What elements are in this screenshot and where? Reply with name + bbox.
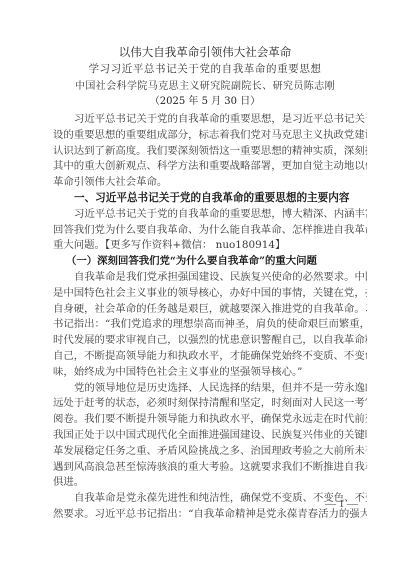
paragraph-first-line: 习近平总书记关于党的自我革命的重要思想，博大精深、内涵丰富，深刻	[53, 207, 367, 223]
text-line: 是中国特色社会主义事业的领导核心，办好中国的事情，关键在党，打铁必须	[53, 286, 367, 302]
text-line: 阅卷。我们要不断提升领导能力和执政水平，确保党永远走在时代前列。当前，	[53, 412, 367, 428]
author-line: 中国社会科学院马克思主义研究院副院长、研究员陈志刚	[0, 77, 410, 92]
date-line: （2025 年 5 月 30 日）	[0, 92, 410, 107]
text-line: 时代发展的要求审视自己，以强烈的忧患意识警醒自己，以自我革命精神锻造	[53, 333, 367, 349]
document-subtitle: 学习习近平总书记关于党的自我革命的重要思想	[0, 61, 410, 76]
paragraph-last-line: 重大问题。【更多写作资料+微信： nuo180914】	[53, 238, 367, 254]
text-line: 然要求。习近平总书记指出：“自我革命精神是党永葆青春活力的强大支撑。	[53, 507, 367, 523]
paragraph-first-line: 自我革命是党永葆先进性和纯洁性，确保党不变质、不变色、不变味的必	[53, 491, 367, 507]
paragraph-last-line: 俱进。	[53, 475, 367, 491]
text-line: 革发展稳定任务之重、矛盾风险挑战之多、治国理政考验之大前所未有，可能	[53, 444, 367, 460]
page-number: — 1 —	[325, 498, 358, 510]
subsection-heading: （一）深刻回答我们党“为什么要自我革命”的重大问题	[53, 254, 367, 270]
text-line: 遇到风高浪急甚至惊涛骇浪的重大考验。这就要求我们不断推进自我革命与时	[53, 460, 367, 476]
text-line: 设的重要思想的重要组成部分，标志着我们党对马克思主义执政党建设规律的	[53, 128, 367, 144]
text-line: 我国正处于以中国式现代化全面推进强国建设、民族复兴伟业的关键时期，改	[53, 428, 367, 444]
text-line: 回答我们党为什么要自我革命、为什么能自我革命、怎样推进自我革命等三个	[53, 223, 367, 239]
text-line: 远处于赶考的状态，必须时刻保持清醒和坚定，时刻面对人民这一考官的评判、	[53, 396, 367, 412]
text-line: 认识达到了新高度。我们要深刻领悟这一重要思想的精神实质，深刻把握贯穿	[53, 144, 367, 160]
document-body: 习近平总书记关于党的自我革命的重要思想，是习近平总书记关于党的建设的重要思想的重…	[53, 112, 367, 523]
section-heading: 一、习近平总书记关于党的自我革命的重要思想的主要内容	[53, 191, 367, 207]
text-line: 书记指出：“我们党追求的理想崇高而神圣，肩负的使命艰巨而繁重，只有以	[53, 317, 367, 333]
document-title: 以伟大自我革命引领伟大社会革命	[0, 44, 410, 60]
document-page: 以伟大自我革命引领伟大社会革命 学习习近平总书记关于党的自我革命的重要思想 中国…	[0, 0, 410, 580]
text-line: 其中的重大创新观点、科学方法和重要战略部署，更加自觉主动地以伟大自我	[53, 159, 367, 175]
text-line: 自身硬，社会革命的任务越是艰巨，就越要深入推进党的自我革命。习近平总	[53, 302, 367, 318]
paragraph-first-line: 习近平总书记关于党的自我革命的重要思想，是习近平总书记关于党的建	[53, 112, 367, 128]
paragraph-first-line: 自我革命是我们党承担强国建设、民族复兴使命的必然要求。中国共产党	[53, 270, 367, 286]
text-line: 自己，不断提高领导能力和执政水平，才能确保党始终不变质、不变色、不变	[53, 349, 367, 365]
paragraph-last-line: 味，始终成为中国特色社会主义事业的坚强领导核心。”	[53, 365, 367, 381]
paragraph-first-line: 党的领导地位是历史选择、人民选择的结果，但并不是一劳永逸的，党永	[53, 381, 367, 397]
paragraph-last-line: 革命引领伟大社会革命。	[53, 175, 367, 191]
